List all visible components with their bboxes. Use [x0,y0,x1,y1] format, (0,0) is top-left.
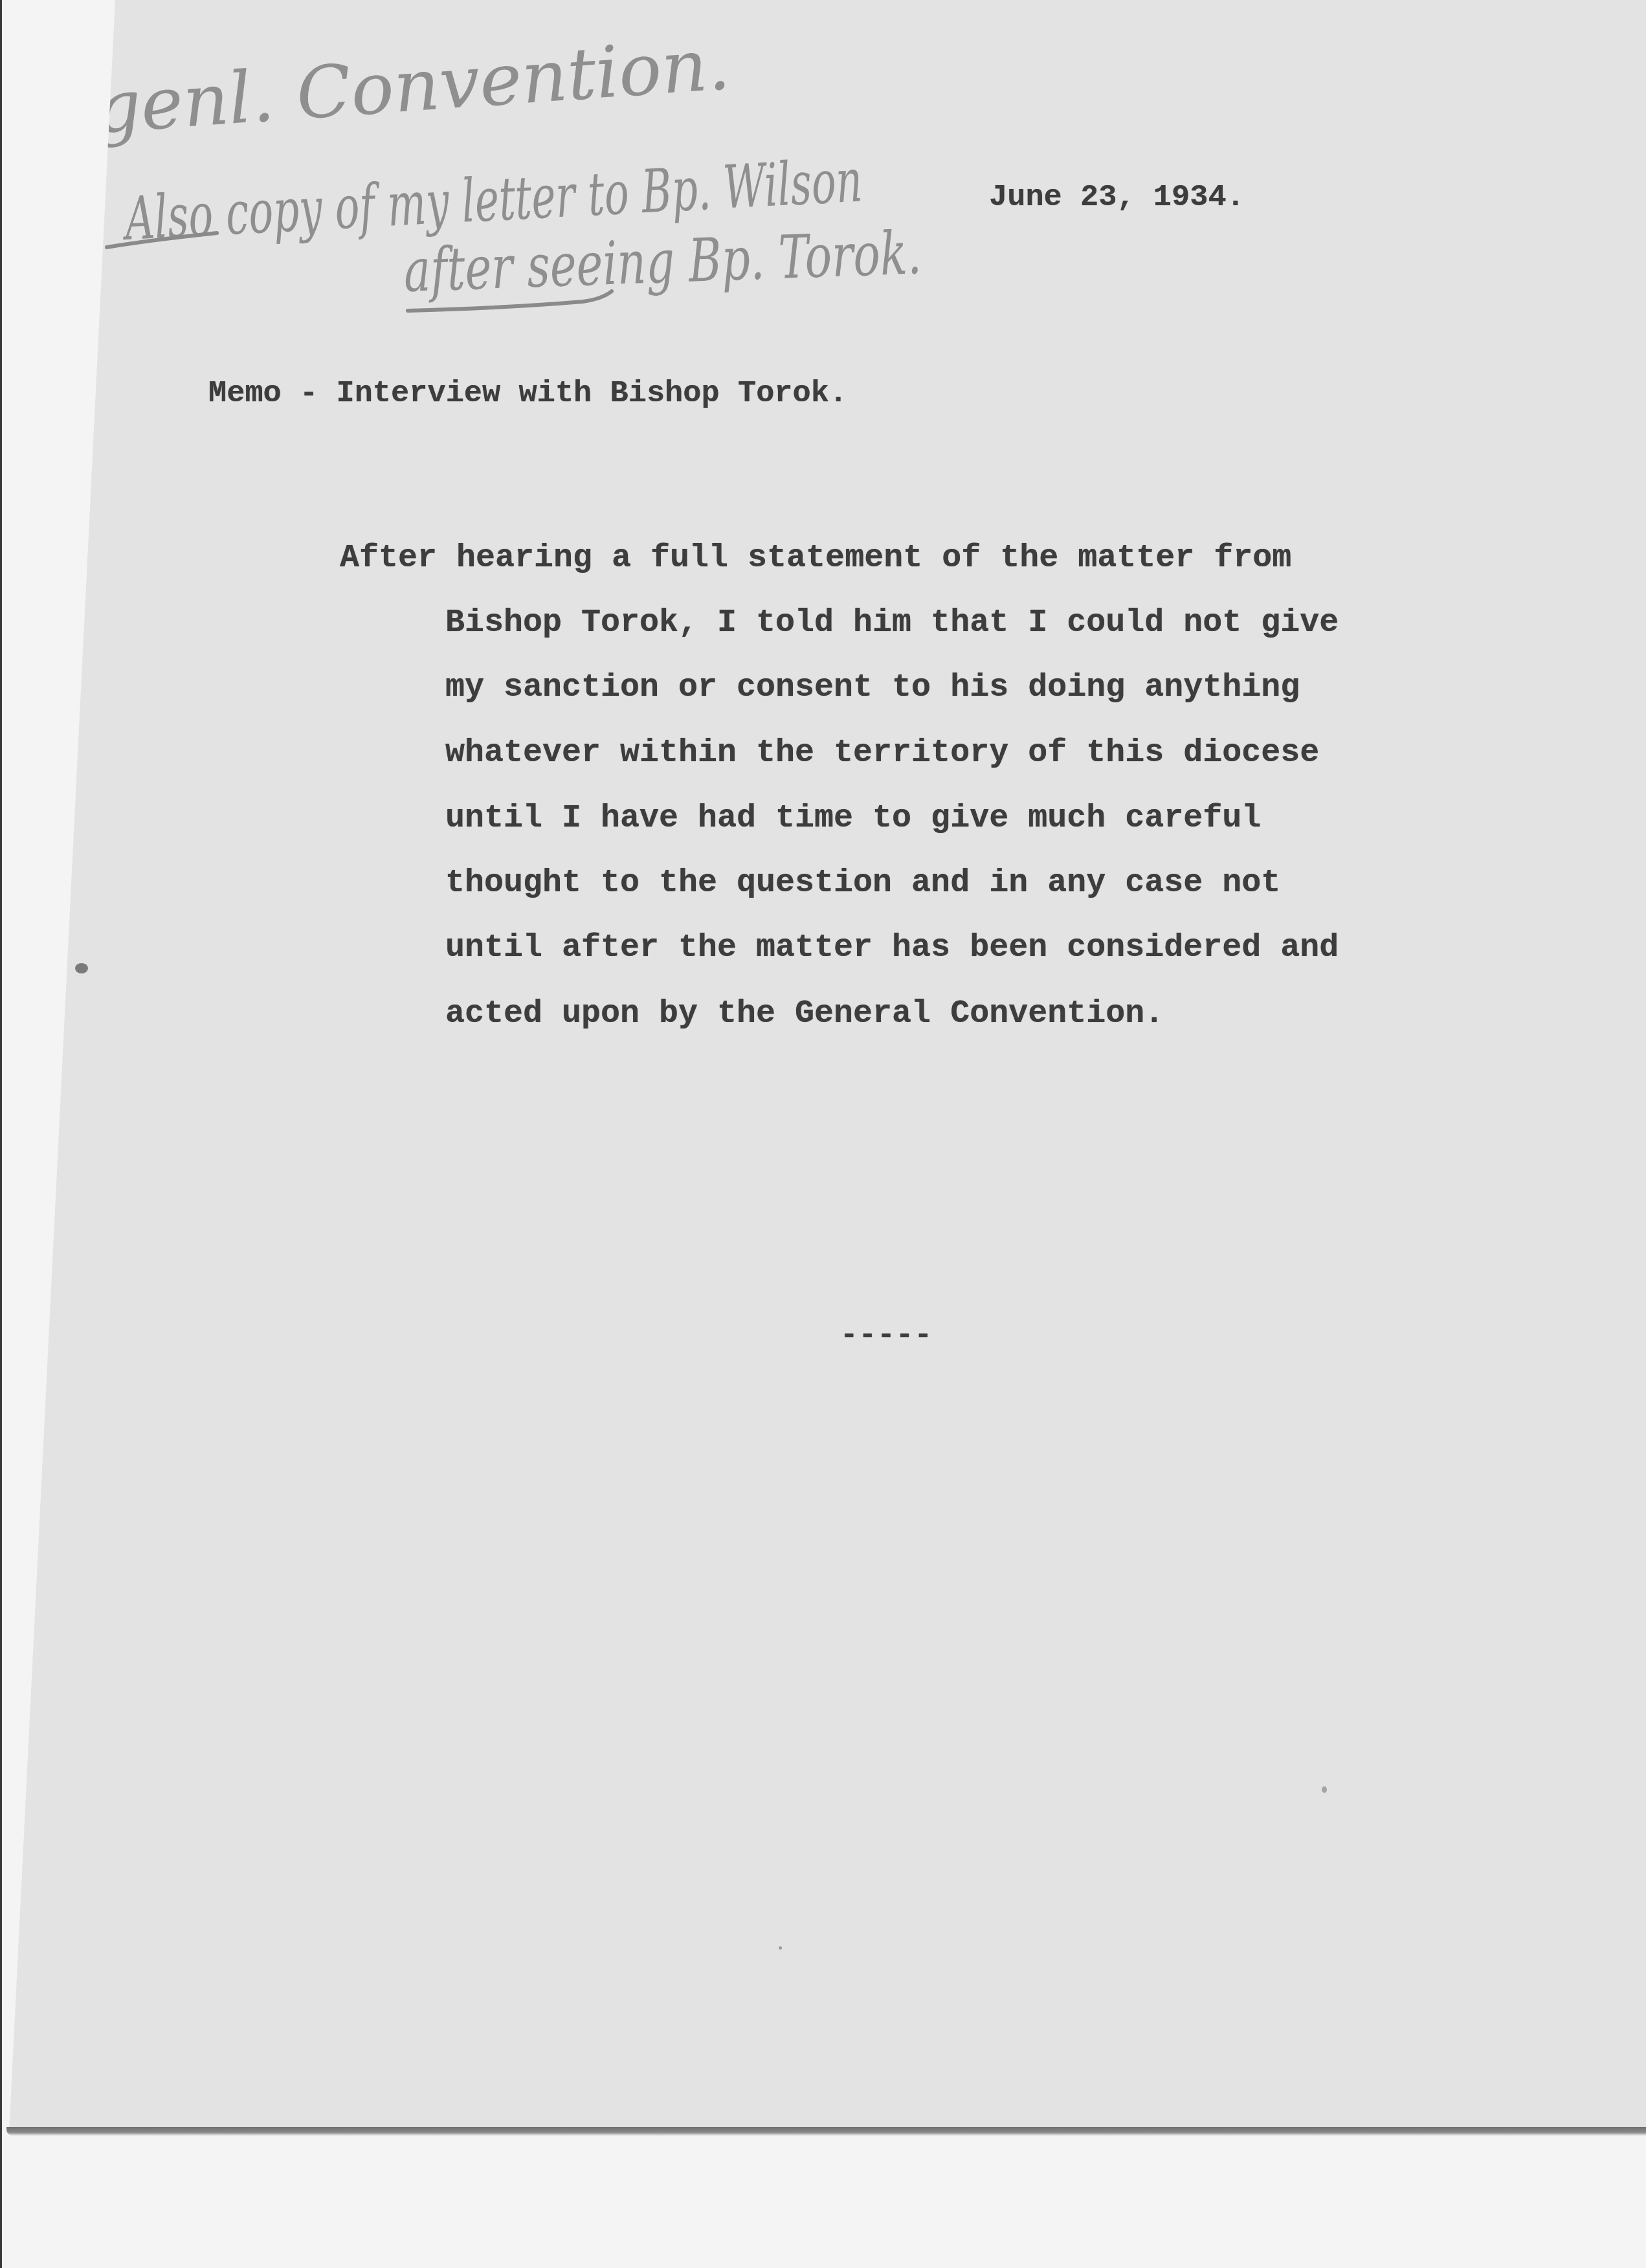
handwritten-line-1: genl. Convention. [93,23,733,150]
memo-body-line: whatever within the territory of this di… [445,737,1319,770]
handwritten-line-3: after seeing Bp. Torok. [403,218,922,306]
handwritten-annotations: genl. Convention. Also copy of my letter… [0,0,1646,388]
end-mark-rule: ----- [840,1320,933,1350]
underline-also [107,233,217,247]
underline-after-seeing [408,291,612,311]
paper-bottom-shadow [6,2127,1646,2136]
scanner-edge [0,0,2,2268]
memo-body-line: thought to the question and in any case … [445,867,1280,900]
memo-body-line: After hearing a full statement of the ma… [340,542,1291,575]
paper-blemish [75,963,88,973]
paper-blemish [779,1946,782,1950]
memo-body-line: acted upon by the General Convention. [445,998,1164,1030]
memo-date: June 23, 1934. [989,183,1245,213]
memo-body-line: my sanction or consent to his doing anyt… [445,672,1300,704]
memo-title: Memo - Interview with Bishop Torok. [208,379,847,409]
memo-body-line: Bishop Torok, I told him that I could no… [445,607,1339,639]
paper-blemish [1322,1786,1327,1793]
memo-body-line: until I have had time to give much caref… [445,803,1261,835]
handwritten-line-2: Also copy of my letter to Bp. Wilson [120,146,863,254]
memo-body-line: until after the matter has been consider… [445,932,1339,964]
paper-sheet: genl. Convention. Also copy of my letter… [0,0,1646,2133]
